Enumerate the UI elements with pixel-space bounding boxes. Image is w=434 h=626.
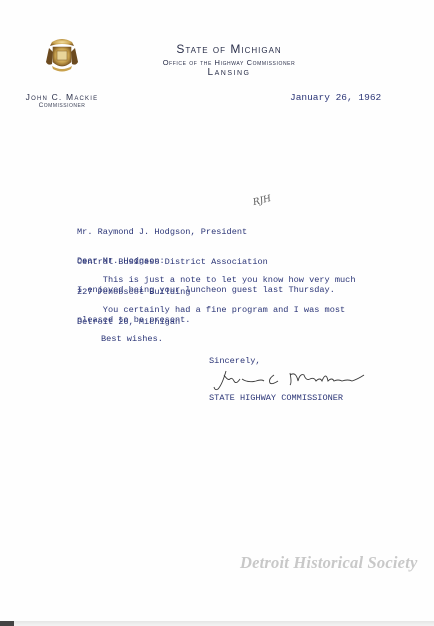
letterhead-city: Lansing bbox=[12, 67, 434, 78]
handwritten-signature bbox=[212, 367, 372, 393]
letter-date: January 26, 1962 bbox=[290, 93, 381, 103]
watermark-text: Detroit Historical Society bbox=[240, 553, 418, 573]
sender-name: John C. Mackie bbox=[22, 92, 102, 102]
body-paragraph: You certainly had a fine program and I w… bbox=[77, 305, 345, 325]
signature-title: STATE HIGHWAY COMMISSIONER bbox=[209, 393, 343, 403]
handwritten-initials: RJH bbox=[252, 194, 272, 208]
letterhead-office: Office of the Highway Commissioner bbox=[12, 58, 434, 67]
letterhead-state: State of Michigan bbox=[12, 42, 434, 56]
valediction: Sincerely, bbox=[209, 356, 261, 366]
recipient-line: Mr. Raymond J. Hodgson, President bbox=[77, 227, 268, 237]
salutation: Dear Mr. Hodgson: bbox=[77, 256, 165, 266]
closing-note: Best wishes. bbox=[101, 334, 163, 344]
letter-page: State of Michigan Office of the Highway … bbox=[0, 0, 434, 622]
sender-title: Commissioner bbox=[22, 102, 102, 109]
page-bottom-edge bbox=[0, 621, 434, 626]
body-paragraph: This is just a note to let you know how … bbox=[77, 275, 355, 295]
